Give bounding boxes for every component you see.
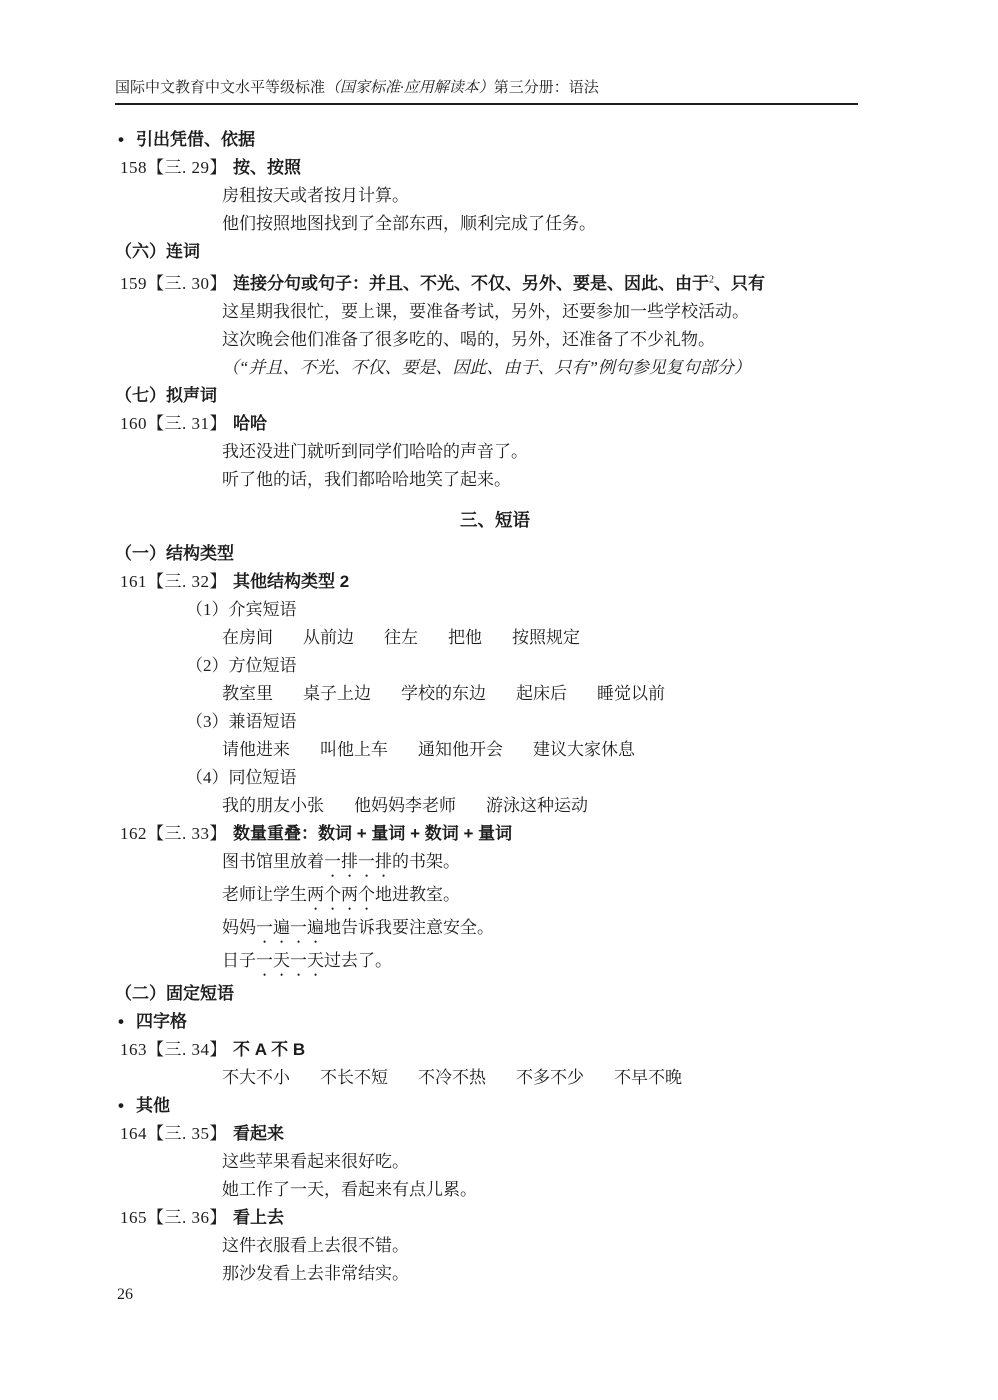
example-sentence: 老师让学生两个两个地进教室。 <box>115 881 875 914</box>
phrase-list: 不大不小不长不短不冷不热不多不少不早不晚 <box>115 1064 875 1092</box>
subitem-label: （3）兼语短语 <box>115 708 875 736</box>
phrase-item: 往左 <box>384 624 418 652</box>
emphasized-text: 一天一天 <box>256 951 324 970</box>
entry-164-heading: 164【三. 35】看起来 <box>115 1120 875 1148</box>
entry-title: 看上去 <box>233 1208 284 1227</box>
phrase-item: 游泳这种运动 <box>486 792 588 820</box>
running-header: 国际中文教育中文水平等级标准（国家标准·应用解读本）第三分册：语法 <box>115 78 858 105</box>
phrase-list: 我的朋友小张他妈妈李老师游泳这种运动 <box>115 792 875 820</box>
example-sentence: 这次晚会他们准备了很多吃的、喝的，另外，还准备了不少礼物。 <box>115 326 875 354</box>
phrase-list: 教室里桌子上边学校的东边起床后睡觉以前 <box>115 680 875 708</box>
entry-163-heading: 163【三. 34】不 A 不 B <box>115 1036 875 1064</box>
example-sentence: 听了他的话，我们都哈哈地笑了起来。 <box>115 466 875 494</box>
phrase-item: 教室里 <box>222 680 273 708</box>
page-content: •引出凭借、依据 158【三. 29】按、按照 房租按天或者按月计算。 他们按照… <box>115 126 875 1288</box>
entry-159-heading: 159【三. 30】连接分句或句子：并且、不光、不仅、另外、要是、因此、由于2、… <box>115 266 875 298</box>
phrase-item: 请他进来 <box>222 736 290 764</box>
entry-title: 按、按照 <box>233 158 301 177</box>
entry-number: 159【三. 30】 <box>120 274 227 293</box>
entry-title: 连接分句或句子：并且、不光、不仅、另外、要是、因此、由于2、只有 <box>233 274 765 293</box>
entry-number: 161【三. 32】 <box>120 572 227 591</box>
phrase-list: 在房间从前边往左把他按照规定 <box>115 624 875 652</box>
entry-number: 165【三. 36】 <box>120 1208 227 1227</box>
entry-title: 其他结构类型 2 <box>233 572 349 591</box>
entry-number: 163【三. 34】 <box>120 1040 227 1059</box>
entry-162-heading: 162【三. 33】数量重叠：数词 + 量词 + 数词 + 量词 <box>115 820 875 848</box>
phrase-item: 在房间 <box>222 624 273 652</box>
phrase-list: 请他进来叫他上车通知他开会建议大家休息 <box>115 736 875 764</box>
subitem-label: （2）方位短语 <box>115 652 875 680</box>
entry-number: 164【三. 35】 <box>120 1124 227 1143</box>
phrase-item: 通知他开会 <box>418 736 503 764</box>
header-title-main: 国际中文教育中文水平等级标准 <box>115 80 325 96</box>
example-text: 的书架。 <box>392 852 460 871</box>
phrase-item: 从前边 <box>303 624 354 652</box>
bullet-label: 四字格 <box>136 1012 187 1031</box>
cross-reference-note: （“并且、不光、不仅、要是、因此、由于、只有”例句参见复句部分） <box>115 354 875 382</box>
example-sentence: 这些苹果看起来很好吃。 <box>115 1148 875 1176</box>
subitem-label: （4）同位短语 <box>115 764 875 792</box>
entry-number: 158【三. 29】 <box>120 158 227 177</box>
phrase-item: 他妈妈李老师 <box>354 792 456 820</box>
example-text: 过去了。 <box>324 951 392 970</box>
entry-title: 看起来 <box>233 1124 284 1143</box>
phrase-item: 我的朋友小张 <box>222 792 324 820</box>
phrase-item: 学校的东边 <box>401 680 486 708</box>
emphasized-text: 一遍一遍 <box>256 918 324 937</box>
entry-165-heading: 165【三. 36】看上去 <box>115 1204 875 1232</box>
example-text: 老师让学生 <box>222 885 307 904</box>
header-title-volume: 第三分册：语法 <box>494 80 599 96</box>
phrase-item: 不大不小 <box>222 1064 290 1092</box>
section-heading-7: （七）拟声词 <box>115 382 875 410</box>
example-text: 地告诉我要注意安全。 <box>324 918 494 937</box>
entry-title-text: 、只有 <box>714 274 765 293</box>
entry-161-heading: 161【三. 32】其他结构类型 2 <box>115 568 875 596</box>
phrase-item: 不长不短 <box>320 1064 388 1092</box>
page-number: 26 <box>117 1286 133 1304</box>
emphasized-text: 两个两个 <box>307 885 375 904</box>
example-sentence: 房租按天或者按月计算。 <box>115 182 875 210</box>
bullet-label: 其他 <box>136 1096 170 1115</box>
example-sentence: 那沙发看上去非常结实。 <box>115 1260 875 1288</box>
phrase-item: 起床后 <box>516 680 567 708</box>
example-text: 妈妈 <box>222 918 256 937</box>
bullet-item-qita: •其他 <box>115 1092 875 1120</box>
emphasized-text: 一排一排 <box>324 852 392 871</box>
phrase-item: 建议大家休息 <box>533 736 635 764</box>
entry-title-text: 连接分句或句子：并且、不光、不仅、另外、要是、因此、由于 <box>233 274 709 293</box>
example-sentence: 这星期我很忙，要上课，要准备考试，另外，还要参加一些学校活动。 <box>115 298 875 326</box>
entry-number: 162【三. 33】 <box>120 824 227 843</box>
phrase-item: 叫他上车 <box>320 736 388 764</box>
phrase-item: 按照规定 <box>512 624 580 652</box>
bullet-label: 引出凭借、依据 <box>136 130 255 149</box>
phrase-item: 不冷不热 <box>418 1064 486 1092</box>
entry-title: 不 A 不 B <box>233 1040 305 1059</box>
phrase-item: 把他 <box>448 624 482 652</box>
phrase-item: 桌子上边 <box>303 680 371 708</box>
example-sentence: 图书馆里放着一排一排的书架。 <box>115 848 875 881</box>
entry-title: 数量重叠：数词 + 量词 + 数词 + 量词 <box>233 824 512 843</box>
bullet-item-yinchu: •引出凭借、依据 <box>115 126 875 154</box>
example-sentence: 她工作了一天，看起来有点儿累。 <box>115 1176 875 1204</box>
chapter-heading-phrases: 三、短语 <box>115 506 875 534</box>
subitem-label: （1）介宾短语 <box>115 596 875 624</box>
bullet-item-sizige: •四字格 <box>115 1008 875 1036</box>
section-heading-1: （一）结构类型 <box>115 540 875 568</box>
document-page: 国际中文教育中文水平等级标准（国家标准·应用解读本）第三分册：语法 •引出凭借、… <box>0 0 998 1400</box>
bullet-icon: • <box>118 1012 124 1031</box>
example-sentence: 他们按照地图找到了全部东西，顺利完成了任务。 <box>115 210 875 238</box>
header-title-paren: （国家标准·应用解读本） <box>325 80 494 96</box>
entry-160-heading: 160【三. 31】哈哈 <box>115 410 875 438</box>
example-sentence: 日子一天一天过去了。 <box>115 947 875 980</box>
example-sentence: 我还没进门就听到同学们哈哈的声音了。 <box>115 438 875 466</box>
phrase-item: 睡觉以前 <box>597 680 665 708</box>
example-text: 日子 <box>222 951 256 970</box>
example-text: 图书馆里放着 <box>222 852 324 871</box>
section-heading-6: （六）连词 <box>115 238 875 266</box>
section-heading-2: （二）固定短语 <box>115 980 875 1008</box>
entry-number: 160【三. 31】 <box>120 414 227 433</box>
phrase-item: 不早不晚 <box>614 1064 682 1092</box>
example-sentence: 这件衣服看上去很不错。 <box>115 1232 875 1260</box>
bullet-icon: • <box>118 1096 124 1115</box>
entry-158-heading: 158【三. 29】按、按照 <box>115 154 875 182</box>
example-sentence: 妈妈一遍一遍地告诉我要注意安全。 <box>115 914 875 947</box>
bullet-icon: • <box>118 130 124 149</box>
entry-title: 哈哈 <box>233 414 267 433</box>
phrase-item: 不多不少 <box>516 1064 584 1092</box>
example-text: 地进教室。 <box>375 885 460 904</box>
